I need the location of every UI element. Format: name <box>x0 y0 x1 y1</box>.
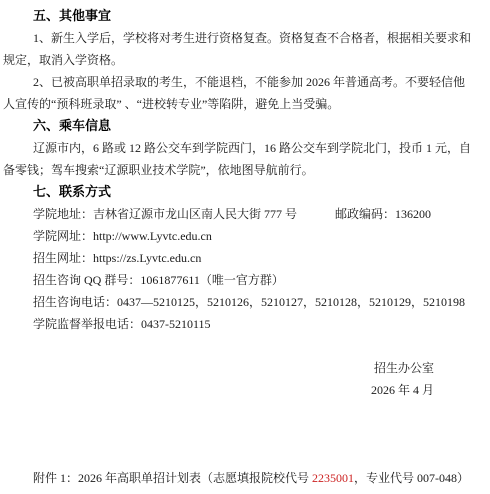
section-5-heading: 五、其他事宜 <box>3 5 472 27</box>
section-7-heading: 七、联系方式 <box>3 181 472 203</box>
admission-phone-line: 招生咨询电话：0437—5210125，5210126，5210127，5210… <box>3 291 472 313</box>
report-phone-line: 学院监督举报电话：0437-5210115 <box>3 313 472 335</box>
transport-line-2: 备零钱；驾车搜索“辽源职业技术学院”，依地图导航前行。 <box>3 159 472 181</box>
other-paragraph-1-line-1: 1、新生入学后，学校将对考生进行资格复查。资格复查不合格者，根据相关要求和 <box>3 27 472 49</box>
attachment-prefix-text: 附件 1：2026 年高职单招计划表（志愿填报院校代号 <box>33 471 312 485</box>
school-code-red-text: 2235001 <box>312 471 354 485</box>
qq-group-line: 招生咨询 QQ 群号：1061877611（唯一官方群） <box>3 269 472 291</box>
college-website-line: 学院网址：http://www.Lyvtc.edu.cn <box>3 225 472 247</box>
attachment-suffix-text: ，专业代号 007-048） <box>354 471 469 485</box>
college-address-text: 学院地址：吉林省辽源市龙山区南人民大街 777 号 <box>33 207 297 221</box>
attachment-note: 附件 1：2026 年高职单招计划表（志愿填报院校代号 2235001，专业代号… <box>3 467 472 489</box>
document-page: 五、其他事宜 1、新生入学后，学校将对考生进行资格复查。资格复查不合格者，根据相… <box>0 0 490 494</box>
other-paragraph-2-line-1: 2、已被高职单招录取的考生，不能退档，不能参加 2026 年普通高考。不要轻信他 <box>3 71 472 93</box>
other-paragraph-1-line-2: 规定，取消入学资格。 <box>3 49 472 71</box>
signature-date: 2026 年 4 月 <box>3 379 472 401</box>
contact-address-line: 学院地址：吉林省辽源市龙山区南人民大街 777 号邮政编码：136200 <box>3 203 472 225</box>
other-paragraph-2-line-2: 人宣传的“预科班录取” 、“进校转专业”等陷阱，避免上当受骗。 <box>3 93 472 115</box>
admission-website-line: 招生网址：https://zs.Lyvtc.edu.cn <box>3 247 472 269</box>
postal-code-text: 邮政编码：136200 <box>335 203 431 225</box>
signature-office: 招生办公室 <box>3 357 472 379</box>
section-6-heading: 六、乘车信息 <box>3 115 472 137</box>
transport-line-1: 辽源市内，6 路或 12 路公交车到学院西门，16 路公交车到学院北门，投币 1… <box>3 137 472 159</box>
